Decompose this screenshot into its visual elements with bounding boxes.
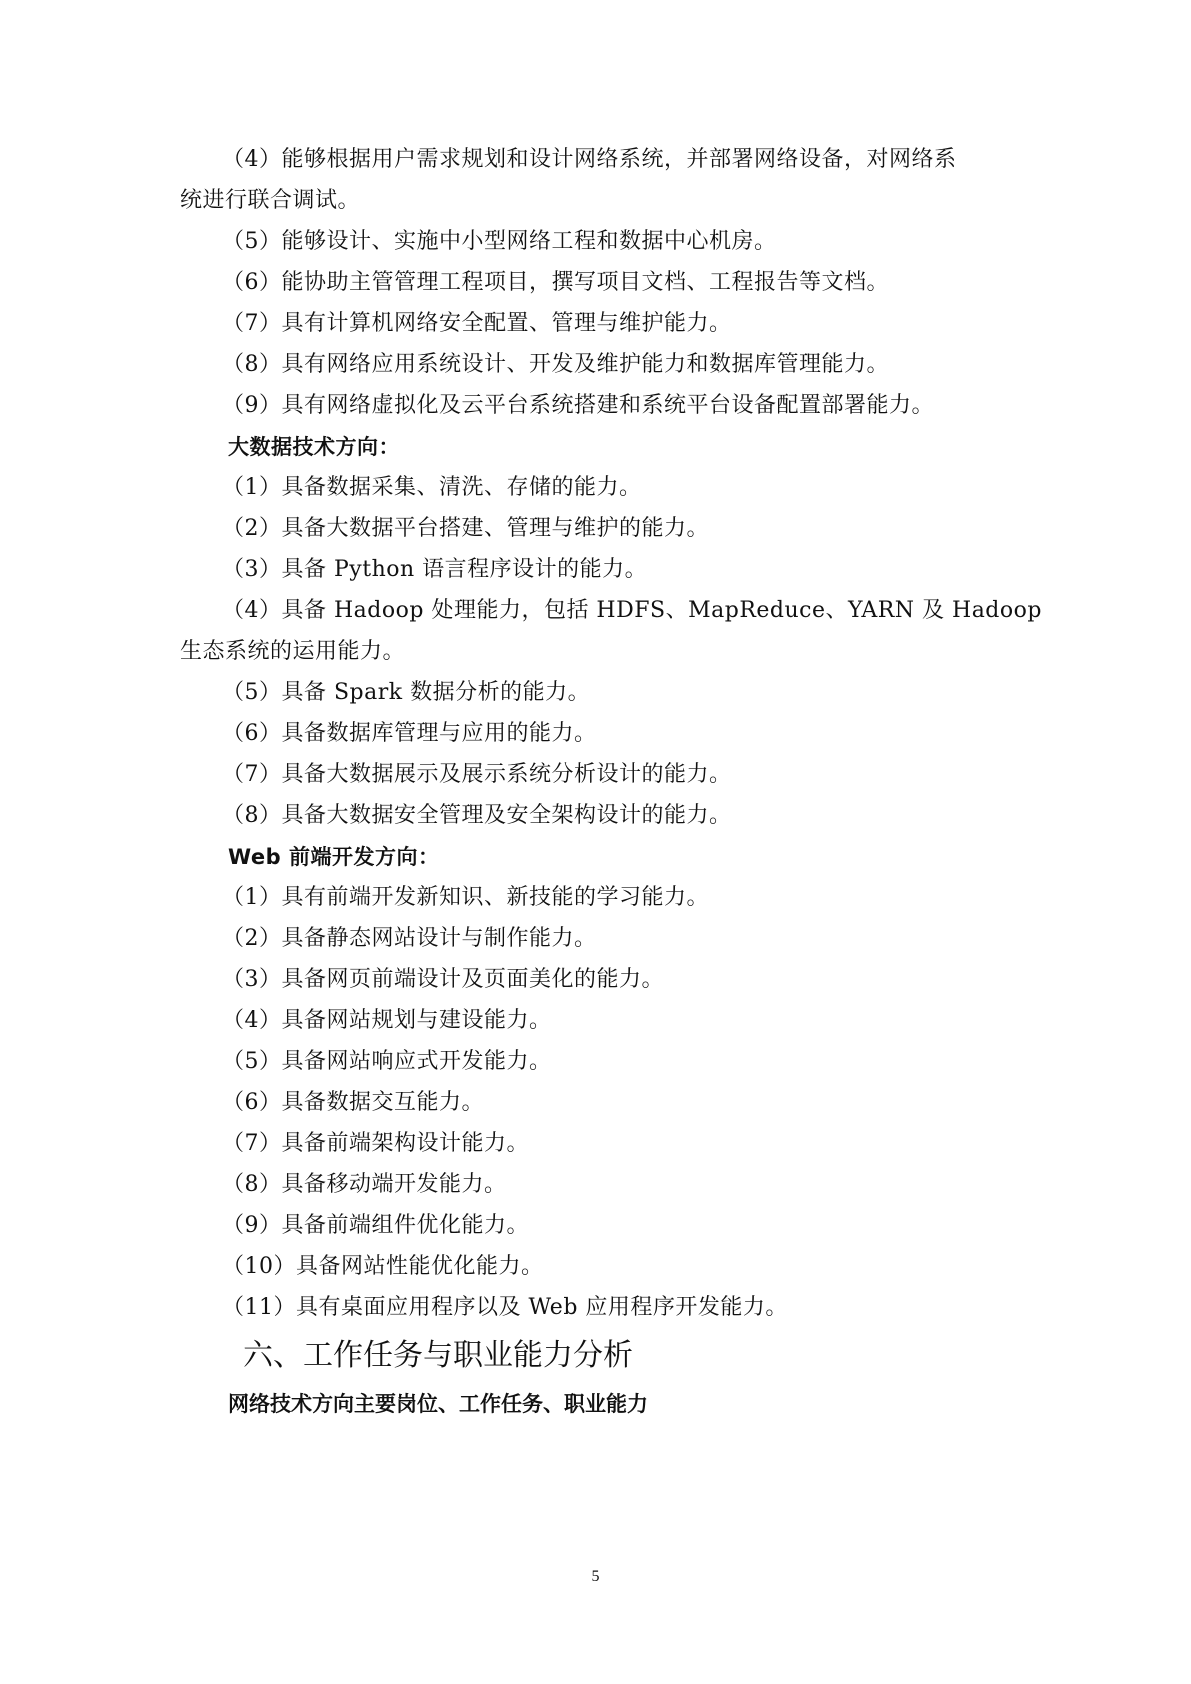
document-page: （4）能够根据用户需求规划和设计网络系统，并部署网络设备，对网络系 统进行联合调… [0, 0, 1191, 1684]
web-item-5: （5）具备网站响应式开发能力。 [222, 1047, 552, 1077]
bigdata-item-1: （1）具备数据采集、清洗、存储的能力。 [222, 473, 642, 503]
web-item-7: （7）具备前端架构设计能力。 [222, 1129, 529, 1159]
section-title: 六、工作任务与职业能力分析 [243, 1336, 633, 1376]
web-heading: Web 前端开发方向： [228, 842, 440, 872]
network-item-9: （9）具有网络虚拟化及云平台系统搭建和系统平台设备配置部署能力。 [222, 391, 934, 421]
web-item-11: （11）具有桌面应用程序以及 Web 应用程序开发能力。 [222, 1293, 788, 1323]
section-subtitle: 网络技术方向主要岗位、工作任务、职业能力 [228, 1389, 648, 1419]
network-item-8: （8）具有网络应用系统设计、开发及维护能力和数据库管理能力。 [222, 350, 889, 380]
network-item-6: （6）能协助主管管理工程项目，撰写项目文档、工程报告等文档。 [222, 268, 889, 298]
web-item-8: （8）具备移动端开发能力。 [222, 1170, 507, 1200]
web-item-6: （6）具备数据交互能力。 [222, 1088, 484, 1118]
bigdata-item-5: （5）具备 Spark 数据分析的能力。 [222, 678, 590, 708]
web-item-1: （1）具有前端开发新知识、新技能的学习能力。 [222, 883, 709, 913]
bigdata-item-3: （3）具备 Python 语言程序设计的能力。 [222, 555, 647, 585]
network-item-4: （4）能够根据用户需求规划和设计网络系统，并部署网络设备，对网络系 [222, 145, 957, 175]
web-item-10: （10）具备网站性能优化能力。 [222, 1252, 544, 1282]
bigdata-item-8: （8）具备大数据安全管理及安全架构设计的能力。 [222, 801, 732, 831]
network-item-4-cont: 统进行联合调试。 [180, 186, 360, 216]
network-item-7: （7）具有计算机网络安全配置、管理与维护能力。 [222, 309, 732, 339]
web-item-4: （4）具备网站规划与建设能力。 [222, 1006, 552, 1036]
bigdata-item-7: （7）具备大数据展示及展示系统分析设计的能力。 [222, 760, 732, 790]
web-item-9: （9）具备前端组件优化能力。 [222, 1211, 529, 1241]
bigdata-item-6: （6）具备数据库管理与应用的能力。 [222, 719, 597, 749]
bigdata-item-4-cont: 生态系统的运用能力。 [180, 637, 405, 667]
page-number: 5 [0, 1568, 1191, 1586]
web-item-2: （2）具备静态网站设计与制作能力。 [222, 924, 597, 954]
bigdata-item-4: （4）具备 Hadoop 处理能力，包括 HDFS、MapReduce、YARN… [222, 596, 1042, 626]
network-item-5: （5）能够设计、实施中小型网络工程和数据中心机房。 [222, 227, 777, 257]
bigdata-heading: 大数据技术方向： [228, 432, 400, 462]
bigdata-item-2: （2）具备大数据平台搭建、管理与维护的能力。 [222, 514, 709, 544]
web-item-3: （3）具备网页前端设计及页面美化的能力。 [222, 965, 664, 995]
